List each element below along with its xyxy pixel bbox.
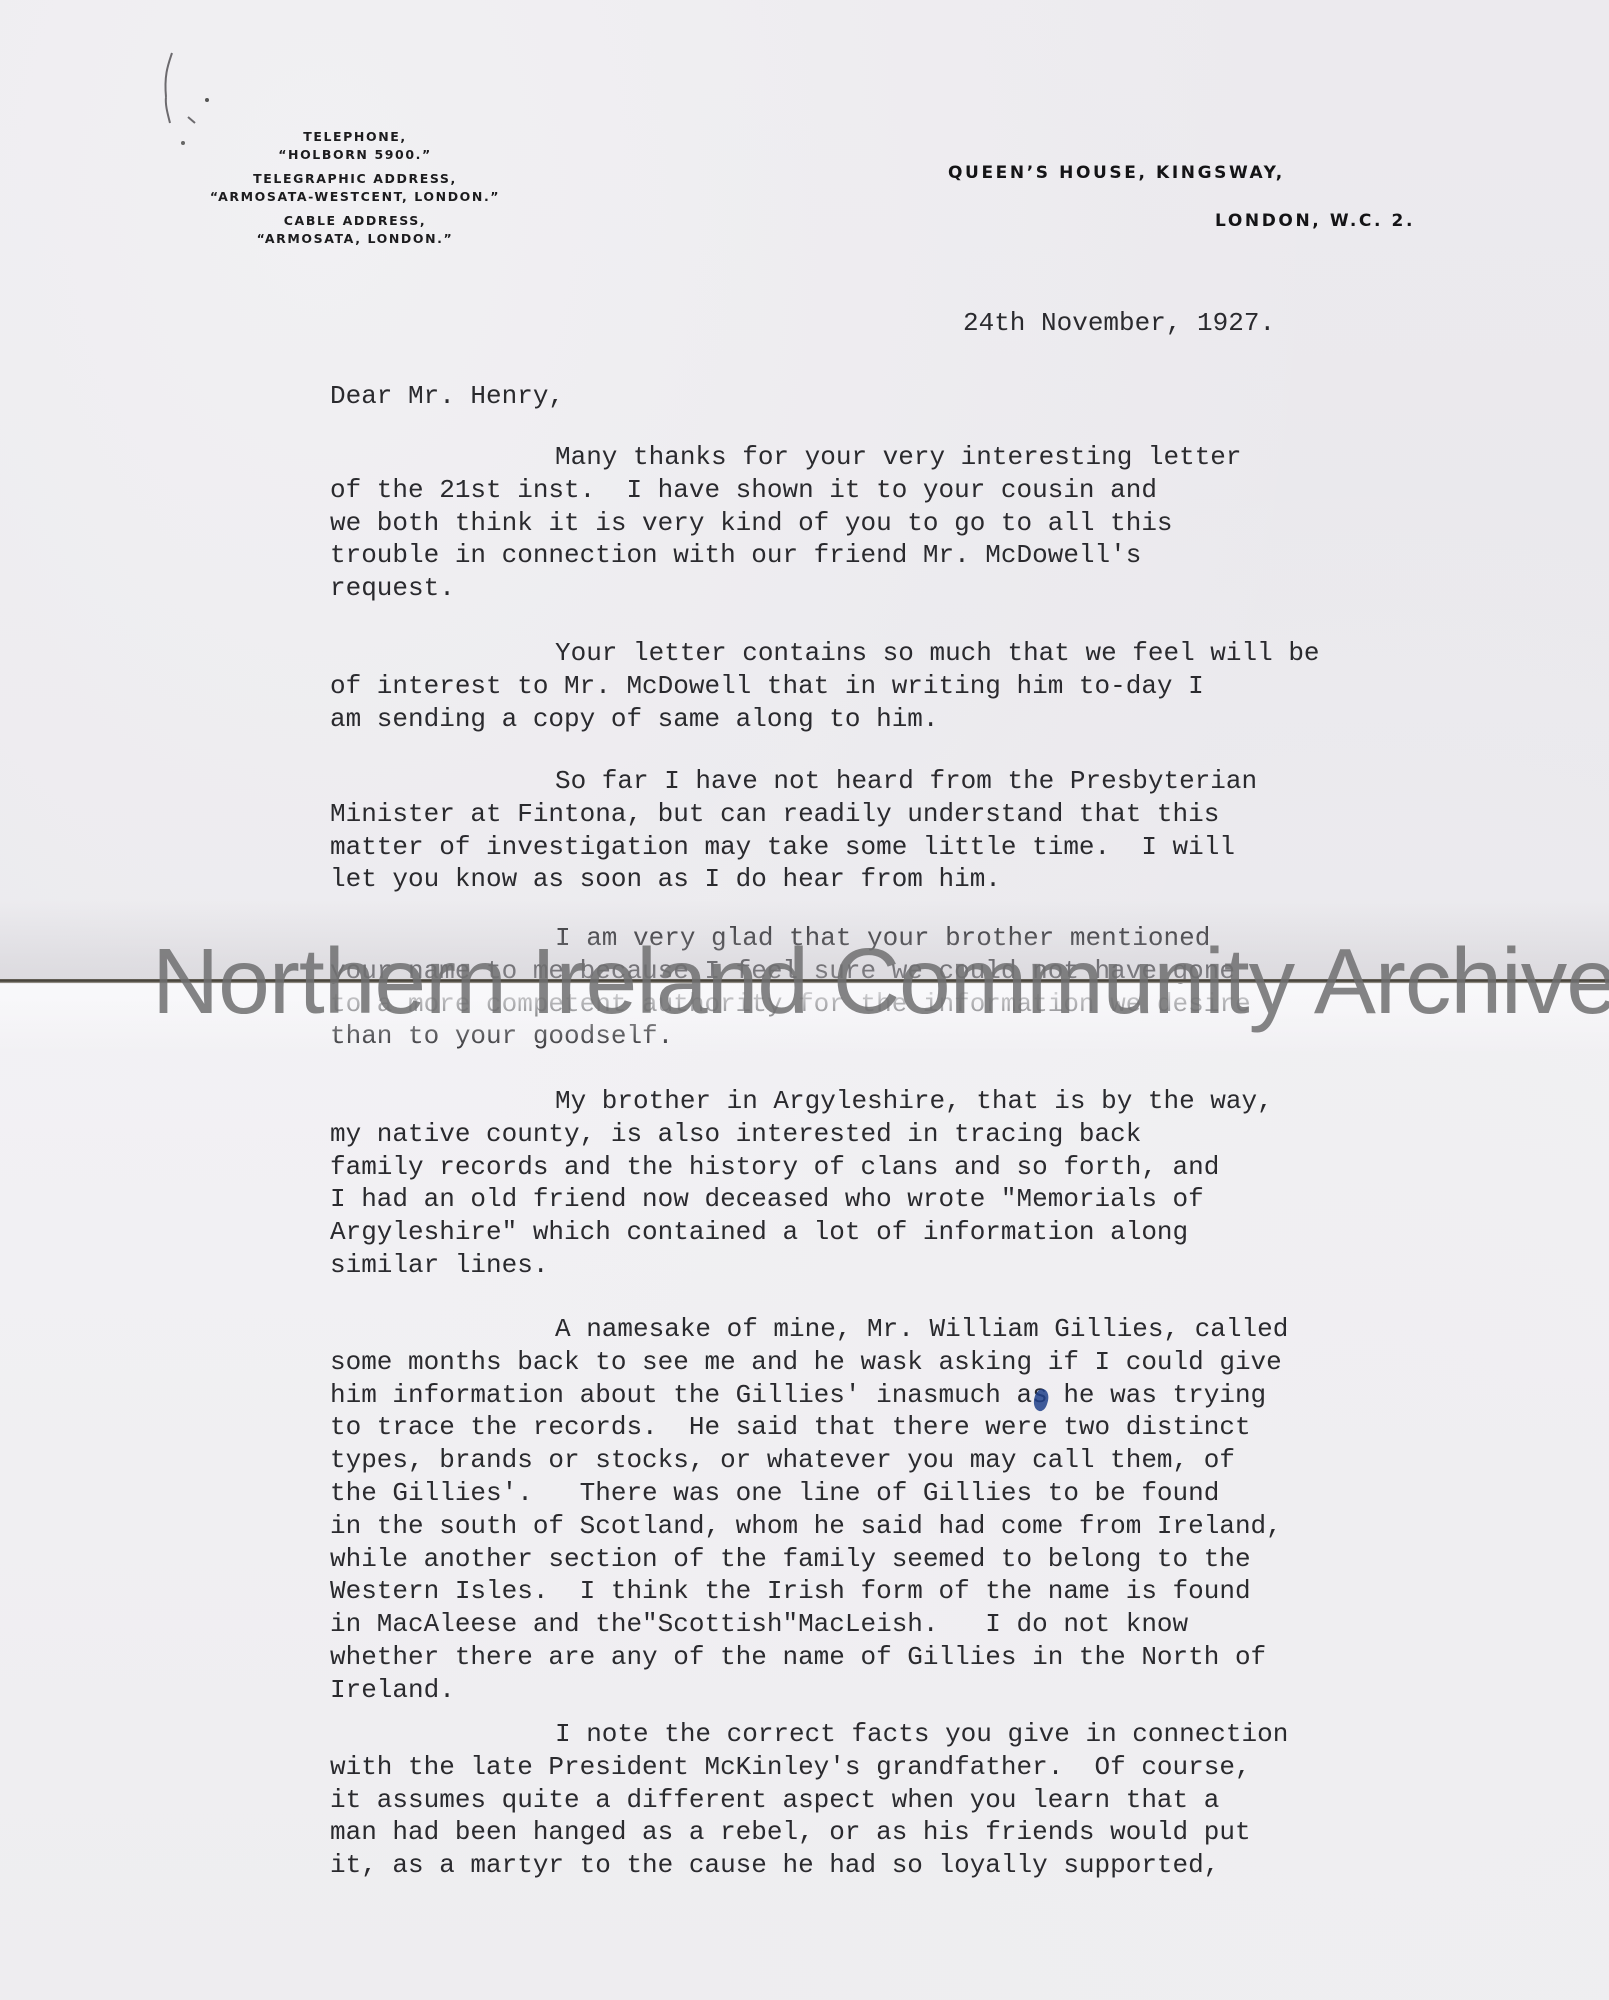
letter-line: it assumes quite a different aspect when… bbox=[330, 1784, 1288, 1817]
letter-paragraph: A namesake of mine, Mr. William Gillies,… bbox=[330, 1313, 1288, 1707]
telephone-label: TELEPHONE, bbox=[200, 128, 510, 146]
cable-address: “ARMOSATA, LONDON.” bbox=[200, 230, 510, 248]
letterhead-contact-block: TELEPHONE, “HOLBORN 5900.” TELEGRAPHIC A… bbox=[200, 128, 510, 248]
telephone-number: “HOLBORN 5900.” bbox=[200, 146, 510, 164]
letterhead-address-line-1: QUEEN’S HOUSE, KINGSWAY, bbox=[948, 163, 1285, 183]
letter-line: Argyleshire" which contained a lot of in… bbox=[330, 1216, 1273, 1249]
letter-salutation: Dear Mr. Henry, bbox=[330, 381, 564, 411]
cable-label: CABLE ADDRESS, bbox=[200, 212, 510, 230]
letter-line: Minister at Fintona, but can readily und… bbox=[330, 798, 1257, 831]
letterhead-address-line-2: LONDON, W.C. 2. bbox=[1215, 211, 1415, 231]
letter-line: while another section of the family seem… bbox=[330, 1543, 1288, 1576]
letter-line: Many thanks for your very interesting le… bbox=[330, 441, 1242, 474]
letter-line: So far I have not heard from the Presbyt… bbox=[330, 765, 1257, 798]
letter-paragraph: Your letter contains so much that we fee… bbox=[330, 637, 1320, 735]
letter-paragraph: So far I have not heard from the Presbyt… bbox=[330, 765, 1257, 896]
letter-line: in the south of Scotland, whom he said h… bbox=[330, 1510, 1288, 1543]
letter-line: I note the correct facts you give in con… bbox=[330, 1718, 1288, 1751]
letter-line: we both think it is very kind of you to … bbox=[330, 507, 1242, 540]
letter-line: my native county, is also interested in … bbox=[330, 1118, 1273, 1151]
letter-line: types, brands or stocks, or whatever you… bbox=[330, 1444, 1288, 1477]
letter-line: let you know as soon as I do hear from h… bbox=[330, 863, 1257, 896]
letter-line: similar lines. bbox=[330, 1249, 1273, 1282]
letter-line: in MacAleese and the"Scottish"MacLeish. … bbox=[330, 1608, 1288, 1641]
letter-line: My brother in Argyleshire, that is by th… bbox=[330, 1085, 1273, 1118]
letter-line: request. bbox=[330, 572, 1242, 605]
letter-line: it, as a martyr to the cause he had so l… bbox=[330, 1849, 1288, 1882]
letter-line: some months back to see me and he wask a… bbox=[330, 1346, 1288, 1379]
letter-line: A namesake of mine, Mr. William Gillies,… bbox=[330, 1313, 1288, 1346]
letter-line: matter of investigation may take some li… bbox=[330, 831, 1257, 864]
archive-watermark: Northern Ireland Community Archive bbox=[152, 928, 1462, 1035]
letter-paragraph: I note the correct facts you give in con… bbox=[330, 1718, 1288, 1882]
telegraphic-address: “ARMOSATA-WESTCENT, LONDON.” bbox=[200, 188, 510, 206]
letter-line: the Gillies'. There was one line of Gill… bbox=[330, 1477, 1288, 1510]
letter-line: to trace the records. He said that there… bbox=[330, 1411, 1288, 1444]
letter-line: whether there are any of the name of Gil… bbox=[330, 1641, 1288, 1674]
letter-line: man had been hanged as a rebel, or as hi… bbox=[330, 1816, 1288, 1849]
letter-line: of interest to Mr. McDowell that in writ… bbox=[330, 670, 1320, 703]
letter-date: 24th November, 1927. bbox=[963, 308, 1275, 338]
letter-line: him information about the Gillies' inasm… bbox=[330, 1379, 1288, 1412]
letter-line: I had an old friend now deceased who wro… bbox=[330, 1183, 1273, 1216]
letter-paragraph: My brother in Argyleshire, that is by th… bbox=[330, 1085, 1273, 1282]
letter-line: Your letter contains so much that we fee… bbox=[330, 637, 1320, 670]
letter-line: am sending a copy of same along to him. bbox=[330, 703, 1320, 736]
letter-line: of the 21st inst. I have shown it to you… bbox=[330, 474, 1242, 507]
letter-line: Western Isles. I think the Irish form of… bbox=[330, 1575, 1288, 1608]
letter-line: trouble in connection with our friend Mr… bbox=[330, 539, 1242, 572]
letter-paragraph: Many thanks for your very interesting le… bbox=[330, 441, 1242, 605]
letter-page: TELEPHONE, “HOLBORN 5900.” TELEGRAPHIC A… bbox=[0, 0, 1609, 2000]
letter-line: Ireland. bbox=[330, 1674, 1288, 1707]
letter-line: with the late President McKinley's grand… bbox=[330, 1751, 1288, 1784]
letter-line: family records and the history of clans … bbox=[330, 1151, 1273, 1184]
telegraphic-label: TELEGRAPHIC ADDRESS, bbox=[200, 170, 510, 188]
